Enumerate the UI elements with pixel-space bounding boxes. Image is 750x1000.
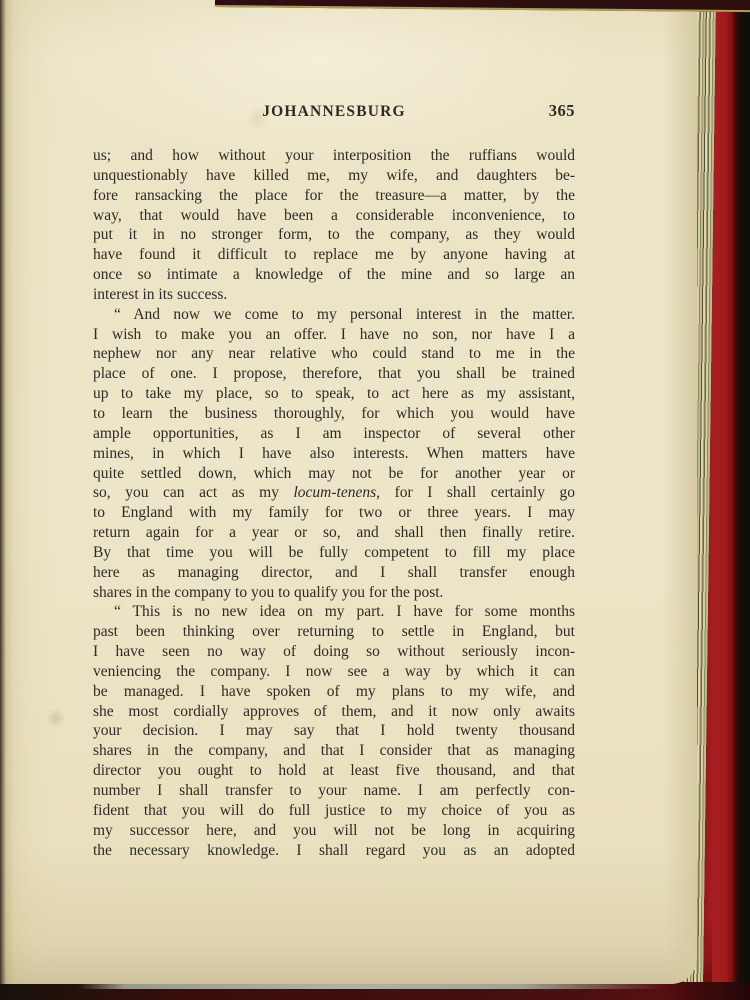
text-line: way, that would have been a considerable… (93, 206, 575, 226)
text-line: to England with my family for two or thr… (93, 503, 575, 523)
page-title: JOHANNESBURG (93, 103, 575, 120)
text-line: to learn the business thoroughly, for wh… (93, 404, 575, 424)
text-line: I wish to make you an offer. I have no s… (93, 325, 575, 345)
paragraph: “ This is no new idea on my part. I have… (93, 602, 575, 860)
text-line: unquestionably have killed me, my wife, … (93, 166, 575, 186)
text-line: so, you can act as my locum-tenens, for … (93, 483, 575, 503)
text-line: be managed. I have spoken of my plans to… (93, 682, 575, 702)
text-line: fore ransacking the place for the treasu… (93, 186, 575, 206)
text-line: shares in the company, and that I consid… (93, 741, 575, 761)
paragraph: “ And now we come to my personal interes… (93, 305, 575, 603)
text-line: past been thinking over returning to set… (93, 622, 575, 642)
text-line: shares in the company to you to qualify … (93, 583, 575, 603)
text-line: director you ought to hold at least five… (93, 761, 575, 781)
text-line: once so intimate a knowledge of the mine… (93, 265, 575, 285)
text-line: put it in no stronger form, to the compa… (93, 225, 575, 245)
text-line: quite settled down, which may not be for… (93, 464, 575, 484)
text-line: your decision. I may say that I hold twe… (93, 721, 575, 741)
book-scan: JOHANNESBURG 365 us; and how without you… (0, 0, 750, 1000)
book-page: JOHANNESBURG 365 us; and how without you… (0, 0, 697, 984)
text-line: ample opportunities, as I am inspector o… (93, 424, 575, 444)
text-line: the necessary knowledge. I shall regard … (93, 841, 575, 861)
text-line: have found it difficult to replace me by… (93, 245, 575, 265)
text-line: she most cordially approves of them, and… (93, 702, 575, 722)
page-number: 365 (549, 102, 575, 119)
text-line: fident that you will do full justice to … (93, 801, 575, 821)
page-text: us; and how without your interposition t… (93, 146, 575, 860)
paragraph: us; and how without your interposition t… (93, 146, 575, 305)
text-line: place of one. I propose, therefore, that… (93, 364, 575, 384)
text-line: By that time you will be fully competent… (93, 543, 575, 563)
text-line: I have seen no way of doing so without s… (93, 642, 575, 662)
running-header: JOHANNESBURG 365 (93, 103, 575, 120)
text-line: “ And now we come to my personal interes… (93, 305, 575, 325)
text-line: us; and how without your interposition t… (93, 146, 575, 166)
gutter-shadow (0, 0, 56, 984)
page-bottom-edge (78, 984, 666, 989)
page-content: JOHANNESBURG 365 us; and how without you… (93, 103, 575, 860)
text-line: mines, in which I have also interests. W… (93, 444, 575, 464)
text-line: “ This is no new idea on my part. I have… (93, 602, 575, 622)
text-line: nephew nor any near relative who could s… (93, 344, 575, 364)
text-line: return again for a year or so, and shall… (93, 523, 575, 543)
text-line: number I shall transfer to your name. I … (93, 781, 575, 801)
text-line: here as managing director, and I shall t… (93, 563, 575, 583)
top-cover-sliver (215, 0, 750, 12)
text-line: interest in its success. (93, 285, 575, 305)
text-line: veniencing the company. I now see a way … (93, 662, 575, 682)
text-line: my successor here, and you will not be l… (93, 821, 575, 841)
text-line: up to take my place, so to speak, to act… (93, 384, 575, 404)
